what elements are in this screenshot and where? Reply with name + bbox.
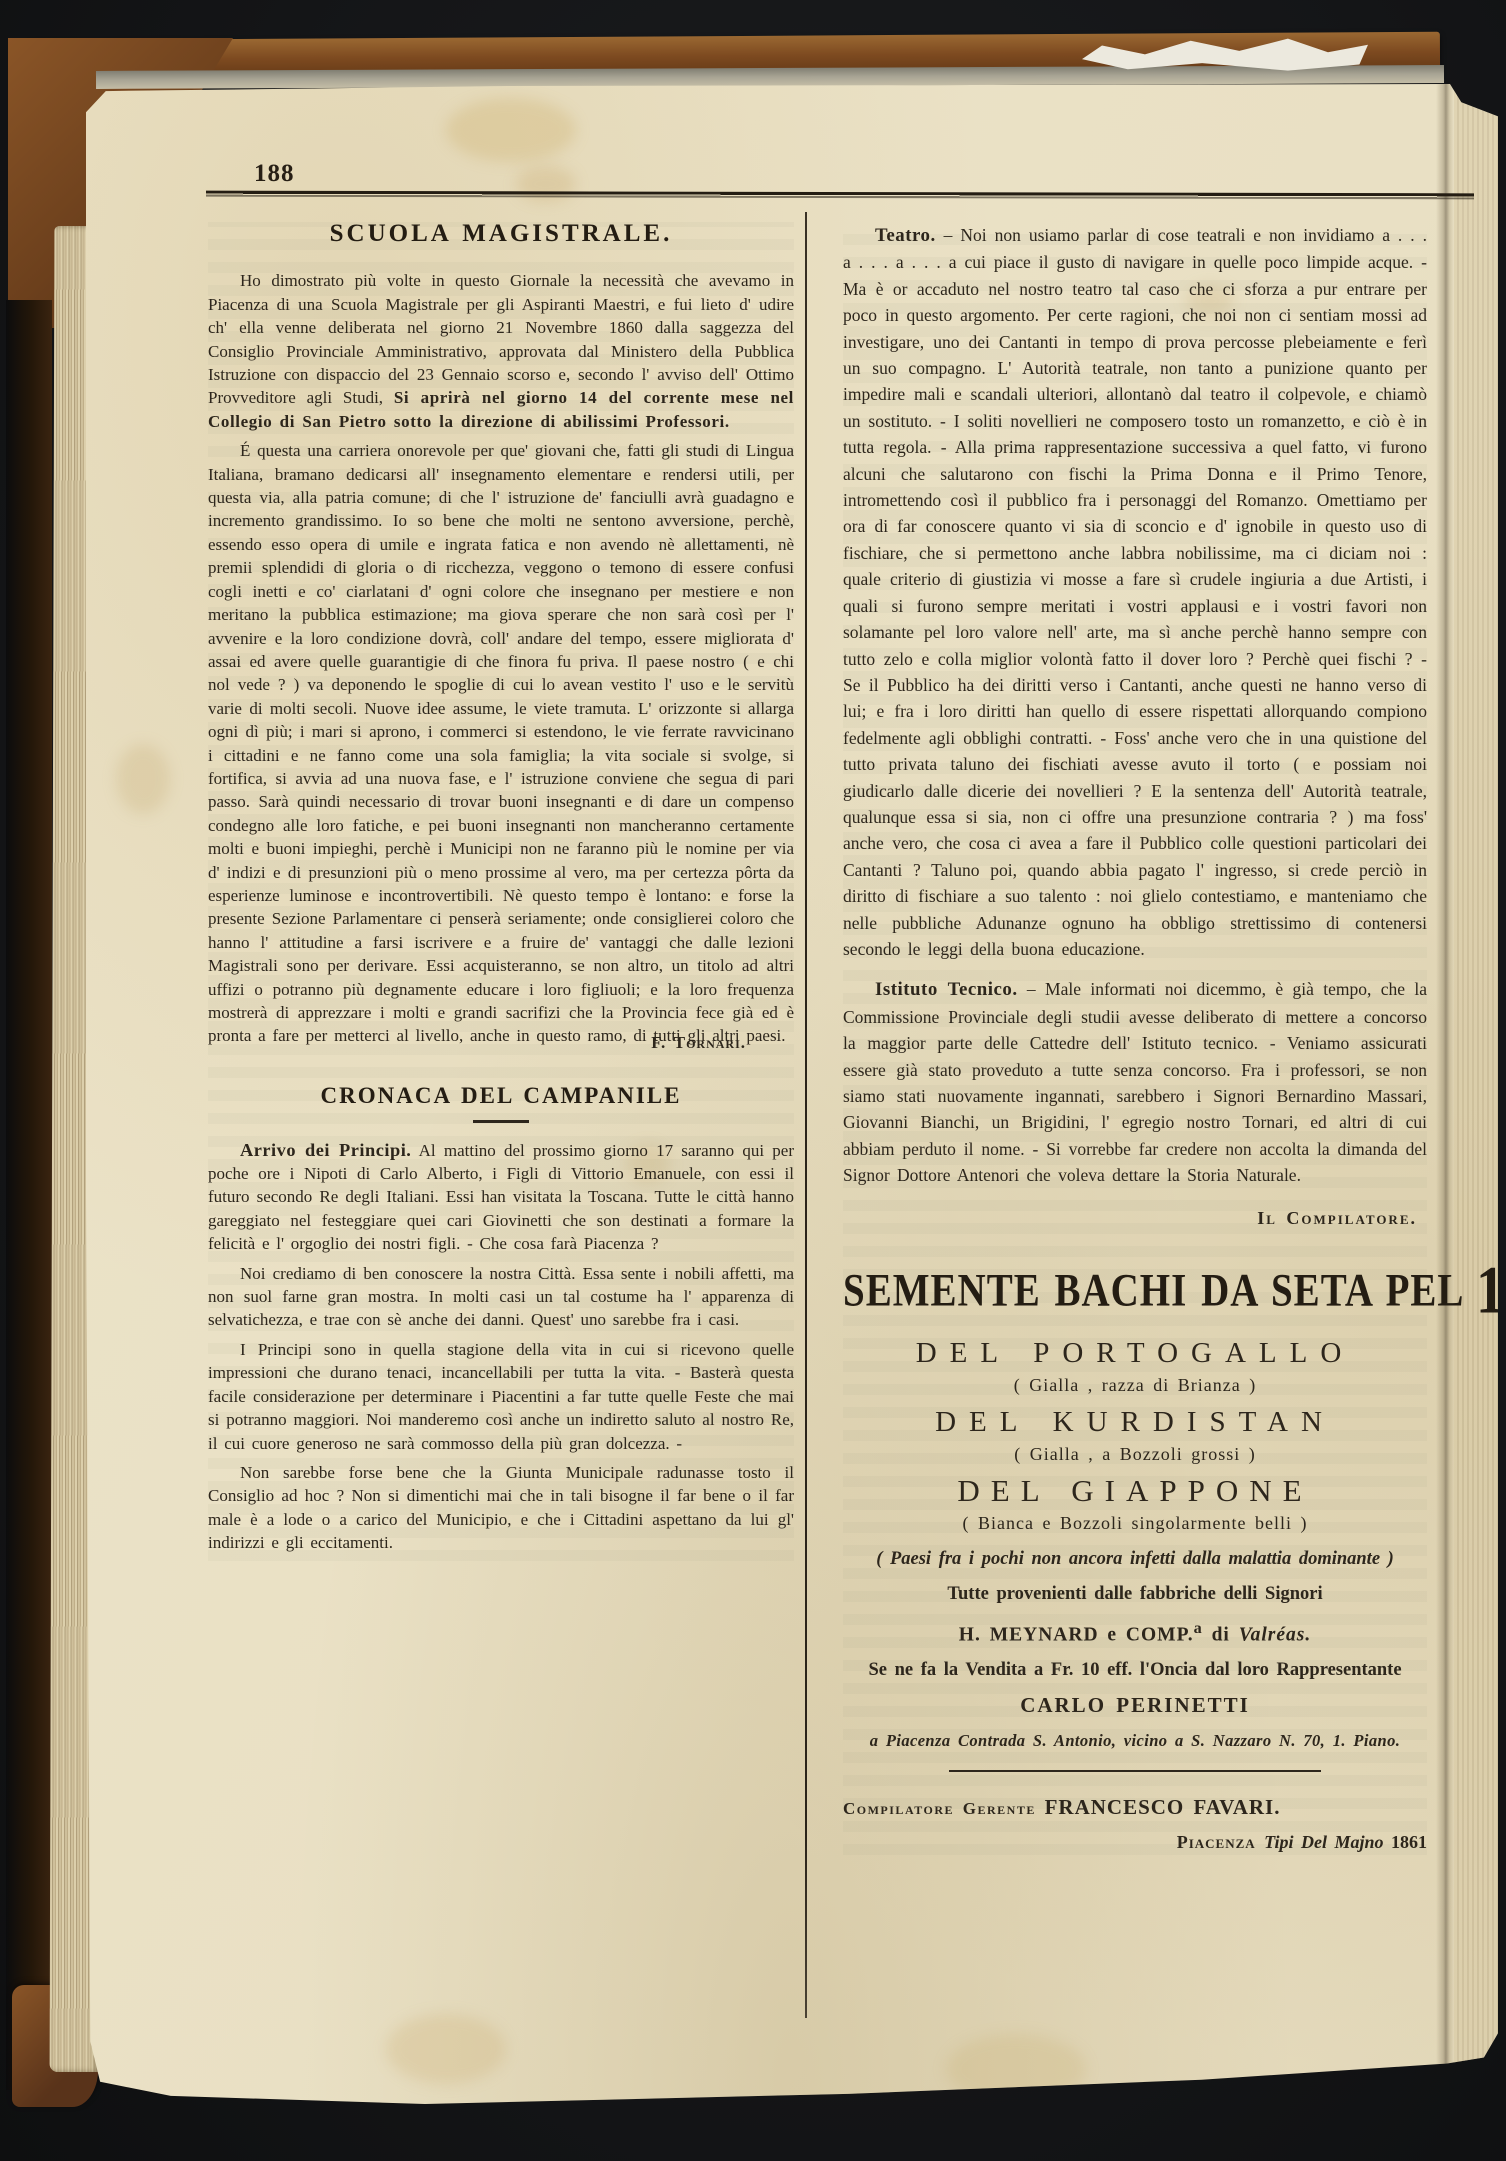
article-title-cronaca-del-campanile: CRONACA DEL CAMPANILE (208, 1084, 794, 1107)
right-column: Teatro. – Noi non usiamo parlar di cose … (843, 222, 1427, 1855)
foxing-stain (446, 98, 576, 162)
ad-firm-place: Valréas. (1239, 1625, 1311, 1646)
paragraph: Non sarebbe forse bene che la Giunta Mun… (208, 1461, 794, 1555)
paragraph-text: – Male informati noi dicemmo, è già temp… (843, 979, 1427, 1185)
paragraph-lead-istituto-tecnico: Istituto Tecnico. (875, 979, 1018, 1000)
ad-origin-giappone-note: ( Bianca e Bozzoli singolarmente belli ) (843, 1510, 1427, 1536)
paragraph: Arrivo dei Principi. Al mattino del pros… (208, 1139, 794, 1256)
paragraph: Teatro. – Noi non usiamo parlar di cose … (843, 222, 1427, 962)
managing-editor-label: Compilatore Gerente (843, 1799, 1045, 1818)
paragraph-text: – Noi non usiamo parlar di cose teatrali… (843, 225, 1427, 959)
printer-imprint: Piacenza Tipi Del Majno 1861 (843, 1829, 1427, 1855)
paragraph: Ho dimostrato più volte in questo Giorna… (208, 269, 794, 433)
imprint-city: Piacenza (1177, 1832, 1264, 1852)
page-fold-crease (1436, 84, 1454, 2106)
imprint-year: 1861 (1391, 1832, 1427, 1852)
page-number: 188 (254, 160, 295, 188)
page-stack-right-edge (1454, 84, 1498, 2106)
managing-editor-name: FRANCESCO FAVARI. (1045, 1795, 1281, 1819)
ad-health-note: ( Paesi fra i pochi non ancora infetti d… (843, 1546, 1427, 1572)
ad-firm-di: di (1203, 1625, 1239, 1646)
article-title-scuola-magistrale: SCUOLA MAGISTRALE. (208, 222, 794, 245)
foxing-stain (116, 744, 170, 814)
footer-rule (949, 1770, 1321, 1772)
paragraph: Noi crediamo di ben conoscere la nostra … (208, 1262, 794, 1332)
ad-origin-portogallo-note: ( Gialla , razza di Brianza ) (843, 1372, 1427, 1398)
foxing-stain (386, 2014, 506, 2084)
paragraph-lead-teatro: Teatro. (875, 225, 936, 246)
ad-origin-portogallo: DEL PORTOGALLO (843, 1340, 1427, 1366)
paragraph: Istituto Tecnico. – Male informati noi d… (843, 976, 1427, 1188)
ad-provenance: Tutte provenienti dalle fabbriche delli … (843, 1581, 1427, 1607)
paragraph: É questa una carriera onorevole per que'… (208, 439, 794, 1048)
ad-agent-name: CARLO PERINETTI (843, 1692, 1427, 1718)
imprint-printer: Tipi Del Majno (1264, 1832, 1391, 1852)
ad-title-year: 1861 (1476, 1253, 1506, 1327)
ad-origin-kurdistan: DEL KURDISTAN (843, 1409, 1427, 1435)
section-divider-dash (473, 1120, 529, 1123)
book-spine-left-edge (6, 300, 52, 2090)
ad-title-text: SEMENTE BACHI DA SETA PEL (843, 1265, 1476, 1316)
book-scan-scene: 188 SCUOLA MAGISTRALE. Ho dimostrato più… (0, 0, 1506, 2161)
compiler-signature: Il Compilatore. (843, 1205, 1417, 1231)
managing-editor-line: Compilatore Gerente FRANCESCO FAVARI. (843, 1794, 1427, 1822)
newspaper-page: 188 SCUOLA MAGISTRALE. Ho dimostrato più… (86, 84, 1498, 2106)
masthead-rule (206, 191, 1474, 200)
ad-agent-address: a Piacenza Contrada S. Antonio, vicino a… (843, 1728, 1427, 1754)
ad-origin-giappone: DEL GIAPPONE (843, 1478, 1427, 1504)
advertisement-semente-bachi: SEMENTE BACHI DA SETA PEL 1861 DEL PORTO… (843, 1257, 1427, 1754)
ad-sale-terms: Se ne fa la Vendita a Fr. 10 eff. l'Onci… (843, 1657, 1427, 1683)
left-column: SCUOLA MAGISTRALE. Ho dimostrato più vol… (208, 222, 794, 1561)
ad-firm-superscript: a (1194, 1619, 1203, 1637)
column-divider-rule (805, 212, 807, 2018)
foxing-stain (946, 2034, 1086, 2104)
ad-title: SEMENTE BACHI DA SETA PEL 1861 (843, 1257, 1427, 1324)
paragraph-lead: Arrivo dei Principi. (240, 1140, 411, 1160)
paragraph: I Principi sono in quella stagione della… (208, 1338, 794, 1455)
ad-origin-kurdistan-note: ( Gialla , a Bozzoli grossi ) (843, 1441, 1427, 1467)
ad-firm: H. MEYNARD e COMP.a di Valréas. (843, 1615, 1427, 1649)
ad-firm-name: H. MEYNARD e COMP. (959, 1625, 1194, 1646)
